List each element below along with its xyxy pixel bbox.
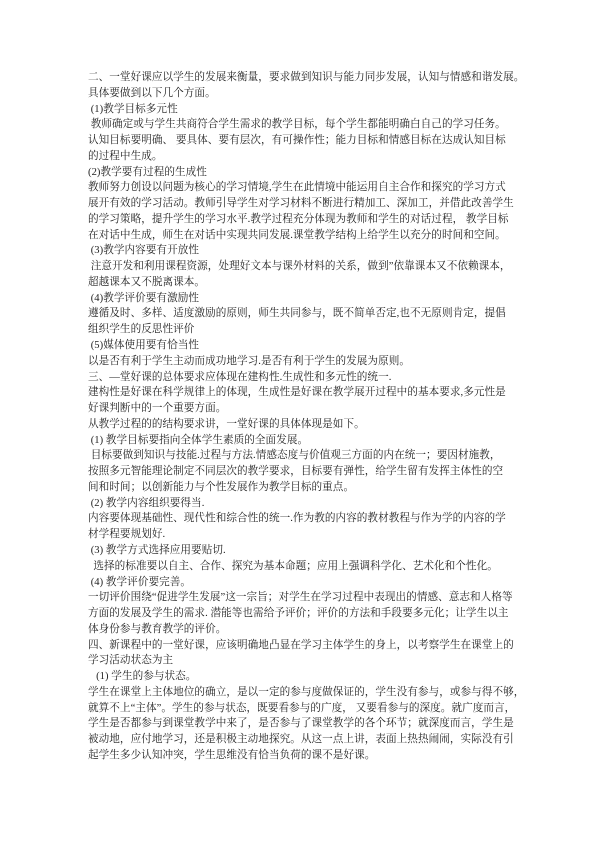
text-line: 学生在课堂上主体地位的确立，是以一定的参与度做保证的，学生没有参与，或参与得不够… (88, 685, 548, 701)
text-line: 以是否有利于学生主动而成功地学习.是否有利于学生的发展为原则。 (88, 354, 548, 370)
document-page: 二、一堂好课应以学生的发展来衡量，要求做到知识与能力同步发展，认知与情感和谐发展… (0, 0, 595, 842)
text-line: 注意开发和利用课程资源，处理好文本与课外材料的关系，做到”依靠课本又不依赖课本， (88, 259, 548, 275)
text-line: (4)教学评价要有激励性 (88, 291, 548, 307)
text-line: (1)教学目标多元性 (88, 102, 548, 118)
text-line: 组织学生的反思性评价 (88, 322, 548, 338)
text-line: 内容要体现基础性、现代性和综合性的统一.作为教的内容的教材教程与作为学的内容的学 (88, 511, 548, 527)
text-line: 超越课本又不脱离课本。 (88, 275, 548, 291)
text-line: 学习活动状态为主 (88, 653, 548, 669)
text-line: 起学生多少认知冲突，学生思维没有恰当负荷的课不是好课。 (88, 748, 548, 764)
text-line: (3) 教学方式选择应用要贴切. (88, 543, 548, 559)
text-line: 方面的发展及学生的需求. 潜能等也需给予评价；评价的方法和手段要多元化；让学生以… (88, 606, 548, 622)
text-line: 的学习策略，提升学生的学习水平.教学过程充分体现为教师和学生的对话过程， 教学目… (88, 212, 548, 228)
text-line: 教师努力创设以问题为核心的学习情境,学生在此情境中能运用自主合作和探究的学习方式 (88, 180, 548, 196)
text-line: 的过程中生成。 (88, 149, 548, 165)
text-line: (3)教学内容要有开放性 (88, 243, 548, 259)
text-line: 好课判断中的一个重要方面。 (88, 401, 548, 417)
text-line: 从教学过程的的结构要求讲，一堂好课的具体体现是如下。 (88, 417, 548, 433)
text-line: 体身份参与教育教学的评价。 (88, 622, 548, 638)
text-line: (1) 教学目标要指向全体学生素质的全面发展。 (88, 433, 548, 449)
text-line: 选择的标准要以自主、合作、探究为基本命题；应用上强调科学化、艺术化和个性化。 (88, 559, 548, 575)
text-line: 具体要做到以下几个方面。 (88, 86, 548, 102)
text-line: 展开有效的学习活动。教师引导学生对学习材料不断进行精加工、深加工，并借此改善学生 (88, 196, 548, 212)
text-line: 遵循及时、多样、适度激励的原则，师生共同参与，既不简单否定,也不无原则肯定，提倡 (88, 306, 548, 322)
document-text-block: 二、一堂好课应以学生的发展来衡量，要求做到知识与能力同步发展，认知与情感和谐发展… (88, 70, 548, 764)
text-line: (2) 教学内容组织要得当. (88, 496, 548, 512)
text-line: 三、—堂好课的总体要求应体现在建构性.生成性和多元性的统一. (88, 370, 548, 386)
text-line: 按照多元智能理论制定不同层次的教学要求，目标要有弹性，给学生留有发挥主体性的空 (88, 464, 548, 480)
text-line: 教师确定或与学生共商符合学生需求的教学目标，每个学生都能明确白自己的学习任务。 (88, 117, 548, 133)
text-line: 间和时间；以创新能力与个性发展作为教学目标的重点。 (88, 480, 548, 496)
text-line: 目标要做到知识与技能.过程与方法.情感态度与价值观三方面的内在统一；要因材施教， (88, 448, 548, 464)
text-line: 四、新课程中的一堂好课，应该明确地凸显在学习主体学生的身上，以考察学生在课堂上的 (88, 638, 548, 654)
text-line: 材学程要规划好. (88, 527, 548, 543)
text-line: (5)媒体使用要有恰当性 (88, 338, 548, 354)
text-line: 一切评价围绕“促进学生发展”这一宗旨；对学生在学习过程中表现出的情感、意志和人格… (88, 590, 548, 606)
text-line: 认知目标要明确、 要具体、要有层次，有可操作性；能力目标和情感目标在达成认知目标 (88, 133, 548, 149)
text-line: 学生是否都参与到课堂教学中来了，是否参与了课堂教学的各个环节；就深度而言，学生是 (88, 716, 548, 732)
text-line: (1) 学生的参与状态。 (88, 669, 548, 685)
text-line: 就算不上“主体”。学生的参与状态，既要看参与的广度， 又要看参与的深度。就广度而… (88, 701, 548, 717)
text-line: (4) 教学评价要完善。 (88, 575, 548, 591)
text-line: 被动地，应付地学习，还是积极主动地探究。从这一点上讲，表面上热热闹闹，实际没有引 (88, 732, 548, 748)
text-line: 建构性是好课在科学规律上的体现，生成性是好课在教学展开过程中的基本要求,多元性是 (88, 385, 548, 401)
text-line: 二、一堂好课应以学生的发展来衡量，要求做到知识与能力同步发展，认知与情感和谐发展… (88, 70, 548, 86)
text-line: 在对话中生成，师生在对话中实现共同发展.课堂教学结构上给学生以充分的时间和空间。 (88, 228, 548, 244)
text-line: (2)教学要有过程的生成性 (88, 165, 548, 181)
